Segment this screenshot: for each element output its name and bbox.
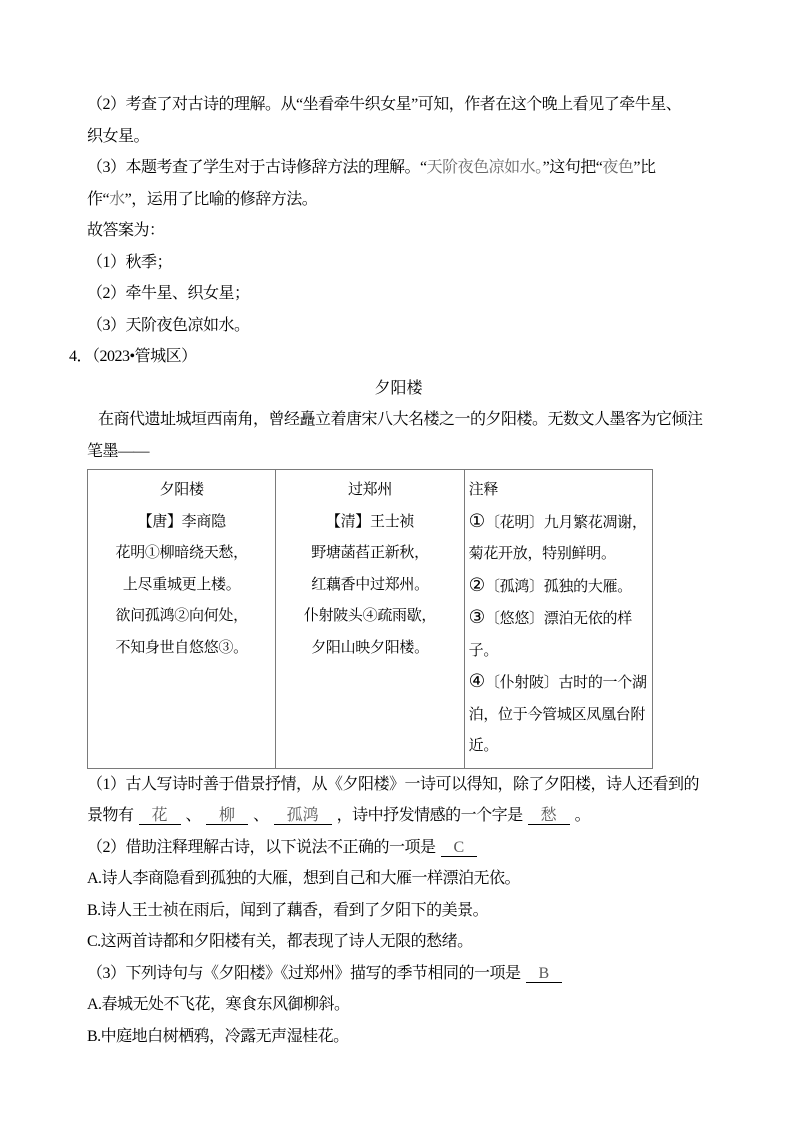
circled-number: ② bbox=[469, 576, 485, 596]
poem2-author: 【清】王士祯 bbox=[280, 507, 459, 539]
question-2-option-b: B.诗人王士祯在雨后，闻到了藕香，看到了夕阳下的美景。 bbox=[87, 895, 710, 927]
annotation-note: ③〔悠悠〕漂泊无依的样子。 bbox=[469, 603, 648, 667]
text-run: 、 bbox=[186, 807, 202, 824]
analysis-q3-line2: 作“水”，运用了比喻的修辞方法。 bbox=[87, 184, 710, 216]
text-run: 、 bbox=[253, 807, 269, 824]
question-2-option-c: C.这两首诗都和夕阳楼有关，都表现了诗人无限的愁绪。 bbox=[87, 926, 710, 958]
quoted-poem-text: 夜色 bbox=[602, 159, 633, 176]
answer-item-3: （3）天阶夜色凉如水。 bbox=[87, 310, 710, 342]
question-3-option-a: A.春城无处不飞花，寒食东风御柳斜。 bbox=[87, 989, 710, 1021]
poem1-title: 夕阳楼 bbox=[92, 475, 271, 507]
text-run: ，诗中抒发情感的一个字是 bbox=[337, 807, 523, 824]
passage-intro-line2: 笔墨—— bbox=[87, 436, 710, 468]
text-run: 。 bbox=[575, 807, 591, 824]
annotation-note: ①〔花明〕九月繁花凋谢，菊花开放，特别鲜明。 bbox=[469, 507, 648, 571]
text-run: （3）本题考查了学生对于古诗修辞方法的理解。“ bbox=[87, 159, 427, 176]
poem-cell-xiyanglou: 夕阳楼 【唐】李商隐 花明①柳暗绕天愁，上尽重城更上楼。欲问孤鸿②向何处，不知身… bbox=[88, 470, 276, 769]
poem-table-row: 夕阳楼 【唐】李商隐 花明①柳暗绕天愁，上尽重城更上楼。欲问孤鸿②向何处，不知身… bbox=[88, 470, 653, 769]
answer-blank: 孤鸿 bbox=[274, 807, 332, 825]
poem1-line: 花明①柳暗绕天愁， bbox=[92, 538, 271, 570]
text-run: （1）古人写诗时善于借景抒情，从《夕阳楼》一诗可以得知，除了夕阳楼，诗人还看到的 bbox=[87, 776, 699, 793]
document-content: （2）考查了对古诗的理解。从“坐看牵牛织女星”可知，作者在这个晚上看见了牵牛星、… bbox=[87, 0, 710, 1052]
question-1-line1: （1）古人写诗时善于借景抒情，从《夕阳楼》一诗可以得知，除了夕阳楼，诗人还看到的 bbox=[87, 769, 710, 801]
question-4-header: 4．（2023•管城区） bbox=[69, 341, 710, 373]
text-run: 故答案为： bbox=[87, 222, 165, 239]
analysis-q2-line1: （2）考查了对古诗的理解。从“坐看牵牛织女星”可知，作者在这个晚上看见了牵牛星、 bbox=[87, 89, 710, 121]
text-run: ”这句把“ bbox=[543, 159, 603, 176]
question-3-option-b: B.中庭地白树栖鸦，冷露无声湿桂花。 bbox=[87, 1021, 710, 1053]
text-run: 景物有 bbox=[87, 807, 134, 824]
text-run: ”，运用了比喻的修辞方法。 bbox=[125, 191, 318, 208]
notes-header: 注释 bbox=[469, 475, 648, 507]
text-run: 4．（2023•管城区） bbox=[69, 348, 197, 365]
passage-intro-line1: 在商代遗址城垣西南角，曾经矗立着唐宋八大名楼之一的夕阳楼。无数文人墨客为它倾注 bbox=[87, 404, 710, 436]
poem1-line: 不知身世自悠悠③。 bbox=[92, 633, 271, 665]
answer-item-1: （1）秋季； bbox=[87, 247, 710, 279]
poem-comparison-table: 夕阳楼 【唐】李商隐 花明①柳暗绕天愁，上尽重城更上楼。欲问孤鸿②向何处，不知身… bbox=[87, 469, 653, 769]
text-run: ”比 bbox=[633, 159, 655, 176]
document-page: （2）考查了对古诗的理解。从“坐看牵牛织女星”可知，作者在这个晚上看见了牵牛星、… bbox=[0, 0, 794, 1123]
poem1-author: 【唐】李商隐 bbox=[92, 507, 271, 539]
answer-intro: 故答案为： bbox=[87, 215, 710, 247]
text-run: A.诗人李商隐看到孤独的大雁，想到自己和大雁一样漂泊无依。 bbox=[87, 870, 520, 887]
answer-blank: 花 bbox=[139, 807, 181, 825]
poem2-verse: 野塘菡萏正新秋，红藕香中过郑州。仆射陂头④疏雨歇，夕阳山映夕阳楼。 bbox=[280, 538, 459, 664]
questions-section: （1）古人写诗时善于借景抒情，从《夕阳楼》一诗可以得知，除了夕阳楼，诗人还看到的… bbox=[87, 769, 710, 1053]
passage-title: 夕阳楼 bbox=[87, 373, 710, 405]
circled-number: ③ bbox=[469, 608, 485, 628]
text-run: 作“ bbox=[87, 191, 109, 208]
poem2-line: 仆射陂头④疏雨歇， bbox=[280, 601, 459, 633]
poem2-line: 红藕香中过郑州。 bbox=[280, 570, 459, 602]
answer-blank: 柳 bbox=[206, 807, 248, 825]
poem1-verse: 花明①柳暗绕天愁，上尽重城更上楼。欲问孤鸿②向何处，不知身世自悠悠③。 bbox=[92, 538, 271, 664]
poem1-line: 欲问孤鸿②向何处， bbox=[92, 601, 271, 633]
text-run: （3）下列诗句与《夕阳楼》《过郑州》描写的季节相同的一项是 bbox=[87, 965, 521, 982]
analysis-q2-line2: 织女星。 bbox=[87, 121, 710, 153]
text-run: B.诗人王士祯在雨后，闻到了藕香，看到了夕阳下的美景。 bbox=[87, 902, 488, 919]
annotation-note: ④〔仆射陂〕古时的一个湖泊，位于今管城区凤凰台附近。 bbox=[469, 667, 648, 763]
text-run: 夕阳楼 bbox=[374, 380, 422, 397]
text-run: （2）考查了对古诗的理解。从“坐看牵牛织女星”可知，作者在这个晚上看见了牵牛星、 bbox=[87, 96, 681, 113]
answer-blank: B bbox=[526, 965, 563, 983]
quoted-poem-text: 天阶夜色凉如水。 bbox=[427, 159, 543, 176]
notes-cell: 注释 ①〔花明〕九月繁花凋谢，菊花开放，特别鲜明。②〔孤鸿〕孤独的大雁。③〔悠悠… bbox=[464, 470, 652, 769]
poem2-line: 野塘菡萏正新秋， bbox=[280, 538, 459, 570]
answer-item-2: （2）牵牛星、织女星； bbox=[87, 278, 710, 310]
text-run: （3）天阶夜色凉如水。 bbox=[87, 317, 250, 334]
annotation-note: ②〔孤鸿〕孤独的大雁。 bbox=[469, 571, 648, 604]
text-run: A.春城无处不飞花，寒食东风御柳斜。 bbox=[87, 996, 350, 1013]
question-2: （2）借助注释理解古诗，以下说法不正确的一项是C bbox=[87, 832, 710, 864]
poem2-line: 夕阳山映夕阳楼。 bbox=[280, 633, 459, 665]
question-1-line2: 景物有花、柳、孤鸿，诗中抒发情感的一个字是愁。 bbox=[87, 800, 710, 832]
text-run: 笔墨—— bbox=[87, 443, 149, 460]
text-run: 织女星。 bbox=[87, 128, 149, 145]
quoted-poem-text: 水 bbox=[109, 191, 125, 208]
text-run: （2）借助注释理解古诗，以下说法不正确的一项是 bbox=[87, 839, 436, 856]
answer-blank: C bbox=[441, 839, 478, 857]
text-run: C.这两首诗都和夕阳楼有关，都表现了诗人无限的愁绪。 bbox=[87, 933, 473, 950]
poem1-line: 上尽重城更上楼。 bbox=[92, 570, 271, 602]
analysis-q3-line1: （3）本题考查了学生对于古诗修辞方法的理解。“天阶夜色凉如水。”这句把“夜色”比 bbox=[87, 152, 710, 184]
question-2-option-a: A.诗人李商隐看到孤独的大雁，想到自己和大雁一样漂泊无依。 bbox=[87, 863, 710, 895]
circled-number: ① bbox=[469, 512, 485, 532]
text-run: B.中庭地白树栖鸦，冷露无声湿桂花。 bbox=[87, 1028, 349, 1045]
answer-blank: 愁 bbox=[528, 807, 570, 825]
text-run: （1）秋季； bbox=[87, 254, 172, 271]
circled-number: ④ bbox=[469, 672, 485, 692]
text-run: 在商代遗址城垣西南角，曾经矗立着唐宋八大名楼之一的夕阳楼。无数文人墨客为它倾注 bbox=[98, 411, 703, 428]
answer-analysis-section: （2）考查了对古诗的理解。从“坐看牵牛织女星”可知，作者在这个晚上看见了牵牛星、… bbox=[87, 0, 710, 467]
notes-list: ①〔花明〕九月繁花凋谢，菊花开放，特别鲜明。②〔孤鸿〕孤独的大雁。③〔悠悠〕漂泊… bbox=[469, 507, 648, 763]
question-3: （3）下列诗句与《夕阳楼》《过郑州》描写的季节相同的一项是B bbox=[87, 958, 710, 990]
poem2-title: 过郑州 bbox=[280, 475, 459, 507]
text-run: （2）牵牛星、织女星； bbox=[87, 285, 250, 302]
poem-cell-guozhengzhou: 过郑州 【清】王士祯 野塘菡萏正新秋，红藕香中过郑州。仆射陂头④疏雨歇，夕阳山映… bbox=[276, 470, 464, 769]
